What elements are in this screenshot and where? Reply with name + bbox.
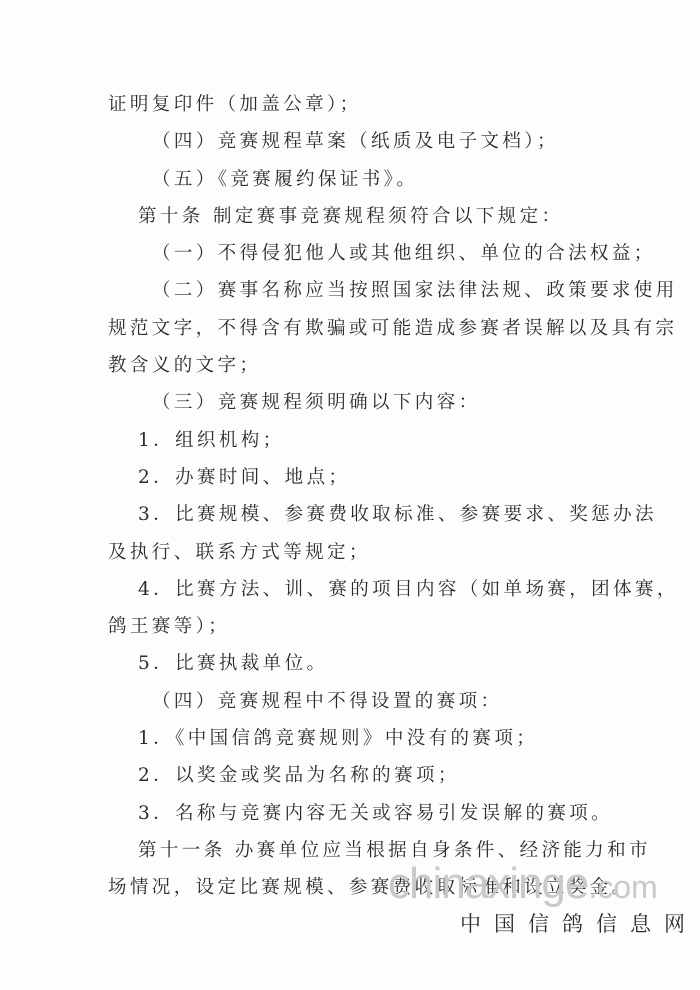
text-line: 规范文字，不得含有欺骗或可能造成参赛者误解以及具有宗 — [108, 310, 598, 347]
text-line: （一）不得侵犯他人或其他组织、单位的合法权益； — [108, 235, 598, 272]
list-item: 3．比赛规模、参赛费收取标准、参赛要求、奖惩办法 — [108, 496, 598, 533]
text-line: 鸽王赛等）； — [108, 608, 598, 645]
list-item: 1．《中国信鸽竞赛规则》中没有的赛项； — [108, 720, 598, 757]
document-page: 证明复印件（加盖公章）； （四）竞赛规程草案（纸质及电子文档）； （五）《竞赛履… — [108, 86, 598, 907]
article-heading: 第十条 制定赛事竞赛规程须符合以下规定： — [108, 198, 598, 235]
list-item: 5．比赛执裁单位。 — [108, 645, 598, 682]
watermark-site: chinaxinge.com — [388, 862, 658, 909]
text-line: 及执行、联系方式等规定； — [108, 534, 598, 571]
text-line: 证明复印件（加盖公章）； — [108, 86, 598, 123]
watermark-site-tld: .com — [588, 869, 657, 905]
text-line: （二）赛事名称应当按照国家法律法规、政策要求使用 — [108, 272, 598, 309]
text-line: （五）《竞赛履约保证书》。 — [108, 161, 598, 198]
list-item: 4．比赛方法、训、赛的项目内容（如单场赛，团体赛， — [108, 571, 598, 608]
list-item: 2．以奖金或奖品为名称的赛项； — [108, 757, 598, 794]
text-line: （四）竞赛规程草案（纸质及电子文档）； — [108, 123, 598, 160]
list-item: 1．组织机构； — [108, 422, 598, 459]
text-line: （四）竞赛规程中不得设置的赛项： — [108, 683, 598, 720]
list-item: 2．办赛时间、地点； — [108, 459, 598, 496]
list-item: 3．名称与竞赛内容无关或容易引发误解的赛项。 — [108, 795, 598, 832]
text-line: （三）竞赛规程须明确以下内容： — [108, 384, 598, 421]
watermark-name: 中国信鸽信息网 — [460, 910, 698, 938]
watermark-site-name: chinaxinge — [388, 859, 588, 908]
text-line: 教含义的文字； — [108, 347, 598, 384]
